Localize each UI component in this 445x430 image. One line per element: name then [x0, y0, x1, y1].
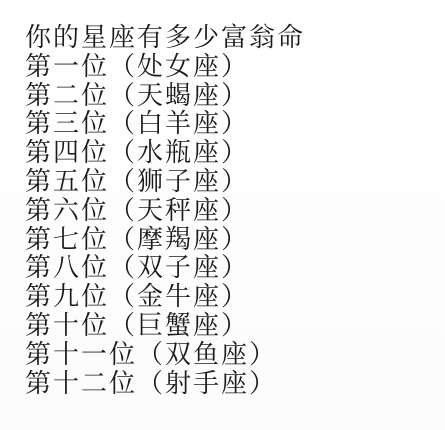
ranking-item-2: 第二位（天蝎座） [25, 82, 435, 111]
ranking-item-7: 第七位（摩羯座） [25, 226, 435, 255]
ranking-item-3: 第三位（白羊座） [25, 110, 435, 139]
ranking-item-5: 第五位（狮子座） [25, 168, 435, 197]
ranking-item-11: 第十一位（双鱼座） [25, 341, 435, 370]
ranking-item-8: 第八位（双子座） [25, 254, 435, 283]
ranking-item-9: 第九位（金牛座） [25, 283, 435, 312]
zodiac-wealth-ranking-page: 你的星座有多少富翁命 第一位（处女座） 第二位（天蝎座） 第三位（白羊座） 第四… [0, 0, 445, 430]
ranking-item-10: 第十位（巨蟹座） [25, 312, 435, 341]
ranking-item-1: 第一位（处女座） [25, 53, 435, 82]
ranking-item-6: 第六位（天秤座） [25, 197, 435, 226]
ranking-item-4: 第四位（水瓶座） [25, 139, 435, 168]
ranking-item-12: 第十二位（射手座） [25, 370, 435, 399]
page-title: 你的星座有多少富翁命 [25, 24, 435, 53]
